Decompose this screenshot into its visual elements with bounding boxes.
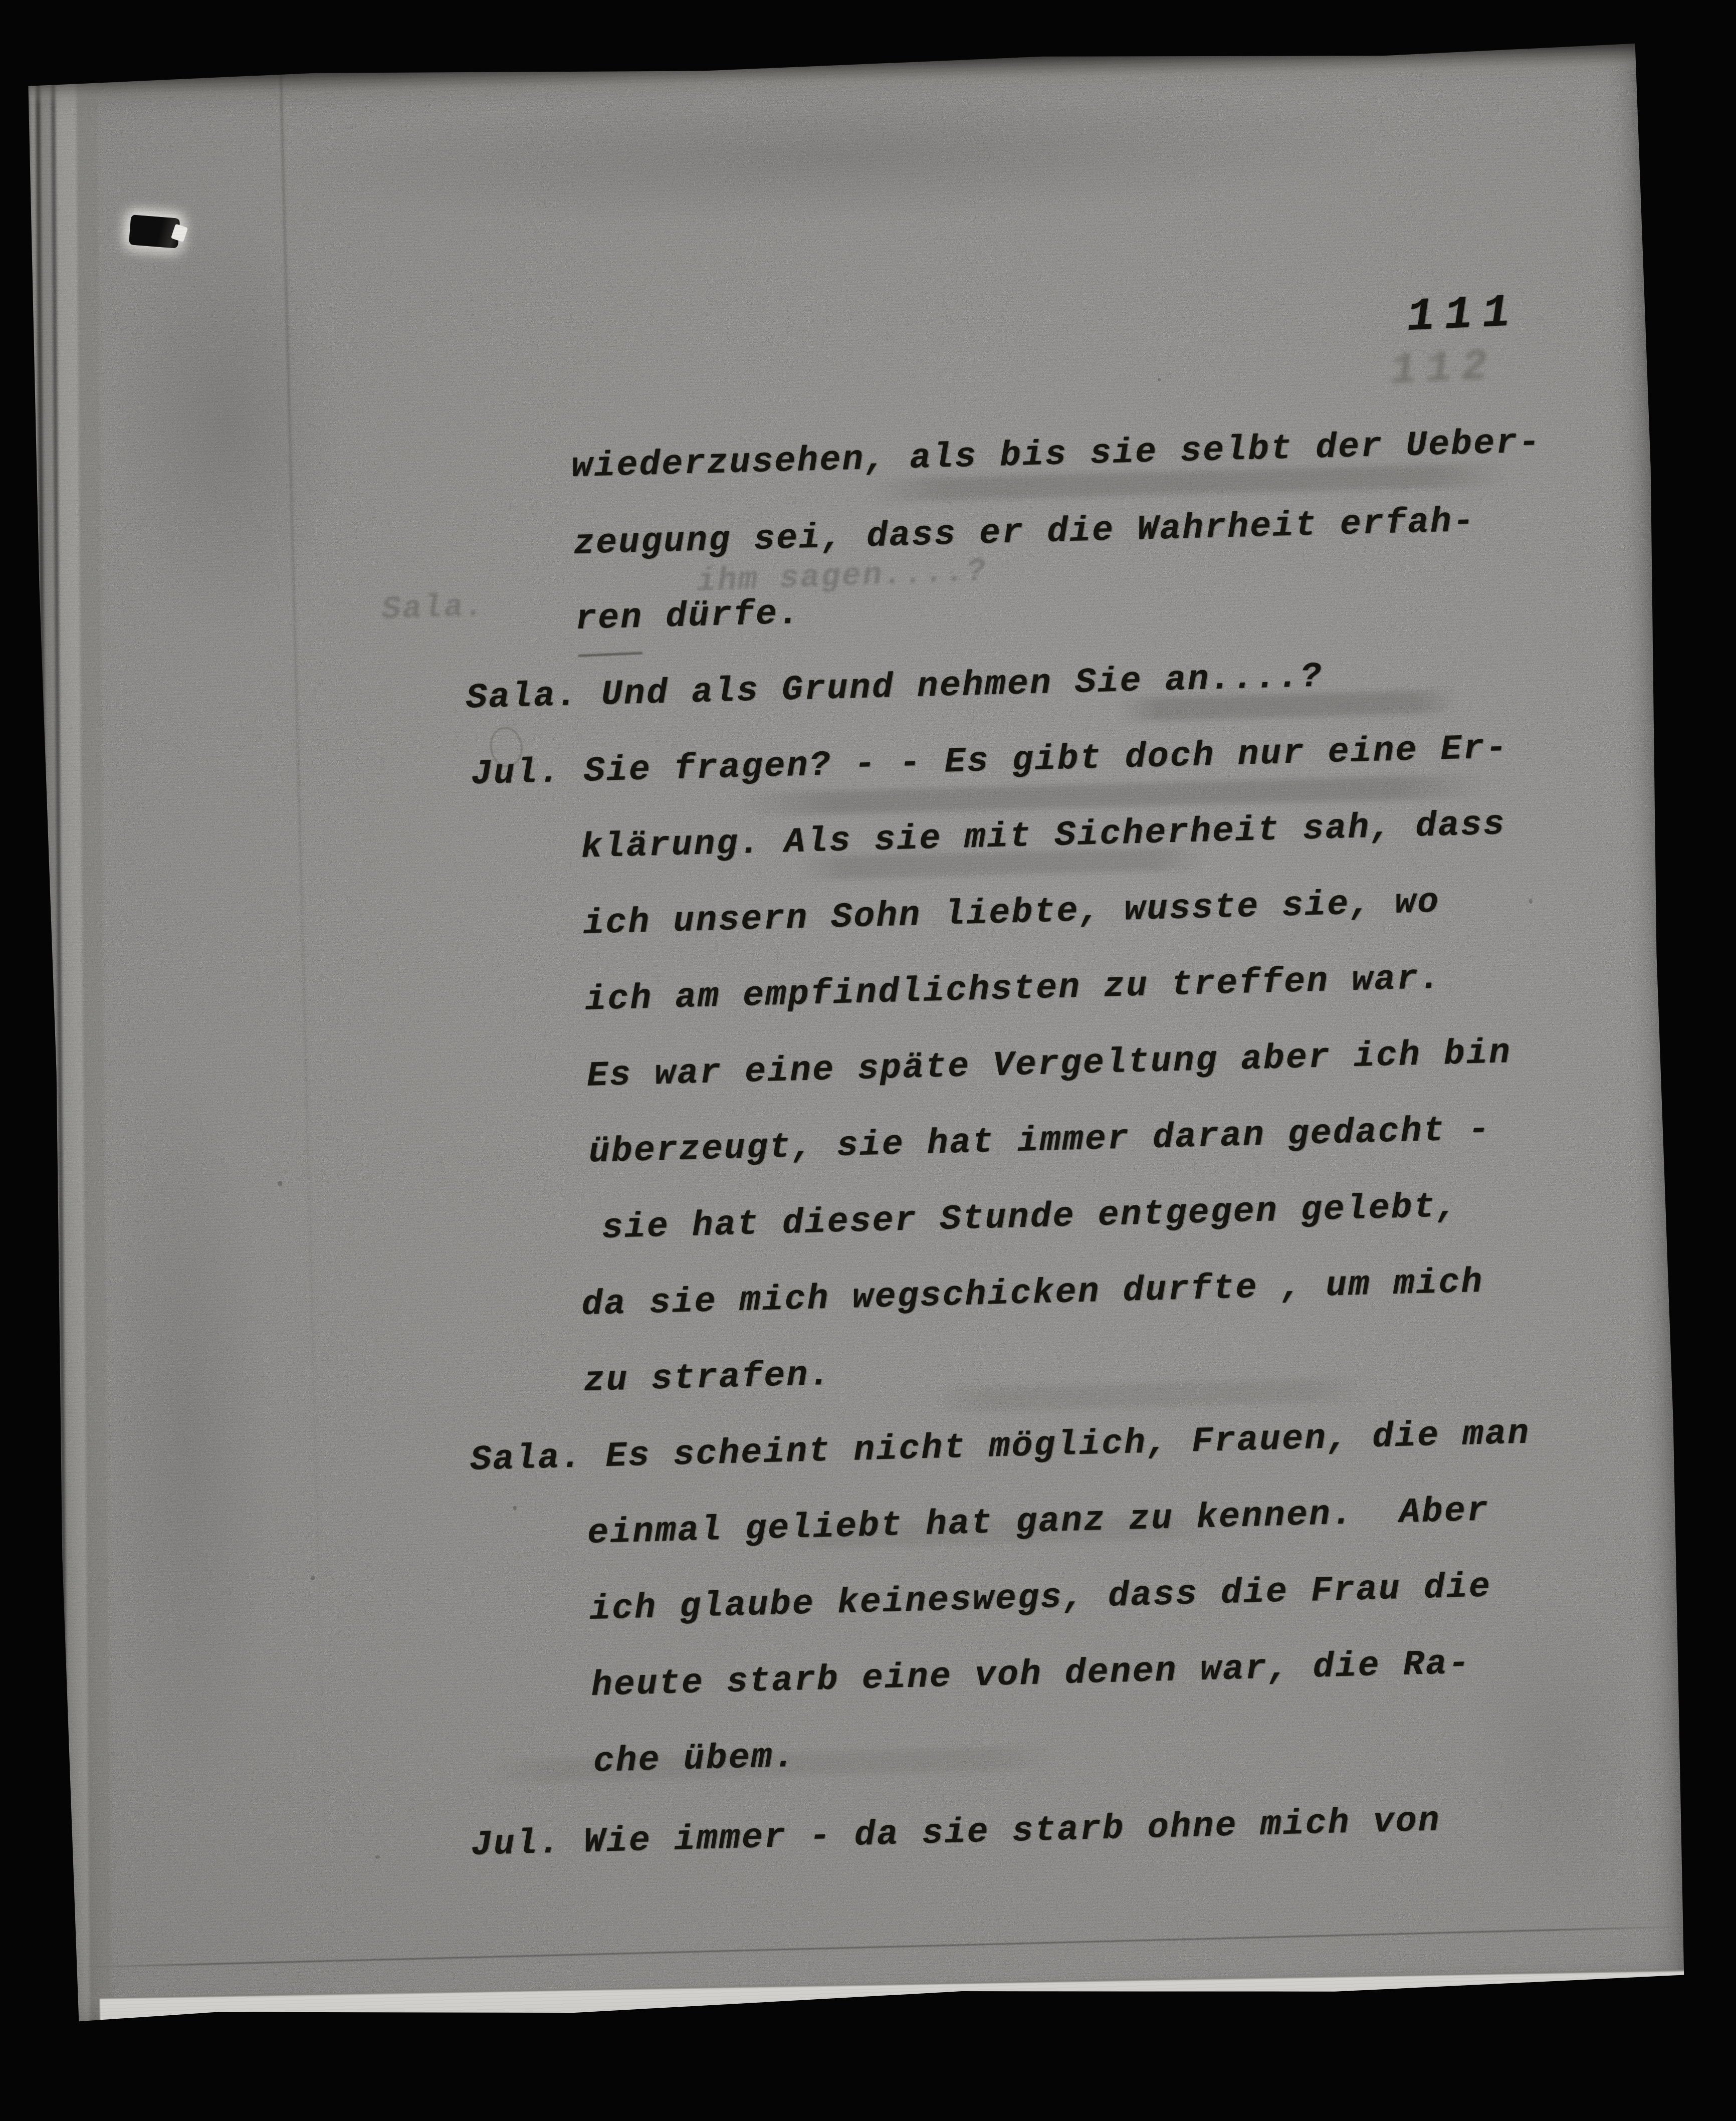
speck	[311, 1576, 315, 1580]
typewritten-dialogue: wiederzusehen, als bis sie selbt der Ueb…	[459, 402, 1678, 1879]
speck	[1158, 378, 1161, 381]
ghost-page-number: 112	[1389, 342, 1498, 396]
under-sheet-edge	[100, 1970, 1701, 2067]
manuscript-page: 111 112 Sala. ihm sagen....? wiederzuseh…	[23, 38, 1690, 2027]
top-page-stack-shadow	[8, 16, 1654, 106]
left-page-stack-edge	[22, 52, 111, 2057]
vertical-crease	[280, 62, 327, 1870]
scan-background: 111 112 Sala. ihm sagen....? wiederzuseh…	[0, 0, 1736, 2121]
bottom-edge-crease	[81, 1926, 1684, 1968]
speck	[278, 1181, 282, 1186]
page-number: 111	[1406, 286, 1521, 344]
staple-mark	[129, 215, 180, 249]
speck	[375, 1855, 380, 1859]
